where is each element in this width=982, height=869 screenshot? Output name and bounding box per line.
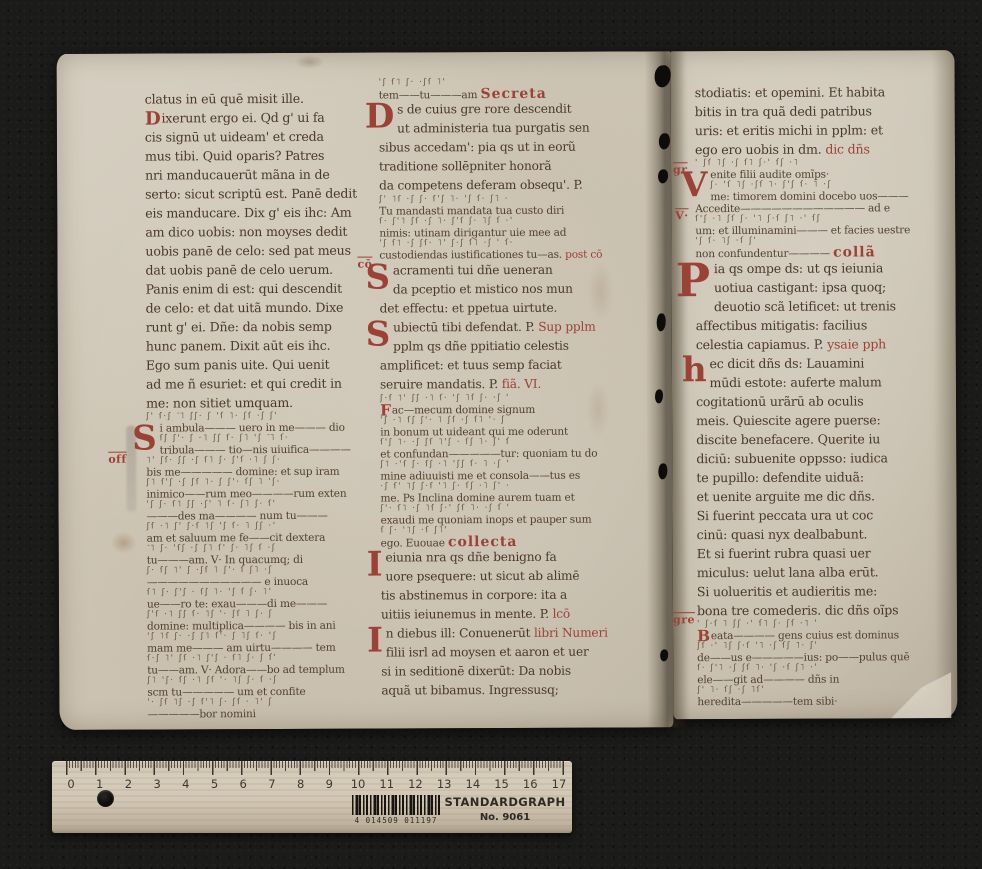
- line-text: filii isrl ad moysen et aaron et uer: [386, 645, 589, 660]
- manuscript-line: affectibus mitigatis: facilius: [696, 315, 946, 335]
- ruler-number: 11: [377, 777, 397, 791]
- line-text: traditione sollēpniter honorã: [379, 159, 551, 174]
- line-text: ſ ʃ· '˥ʃ ·ſ ʃ˥': [381, 525, 449, 535]
- line-text: n diebus ill: Conuenerūt: [386, 626, 534, 641]
- line-text: Et si fuerint rubra quasi uer: [697, 545, 871, 561]
- line-text: 'ʃ ſ˥ ʃ· ·ʃſ ˥': [379, 77, 447, 87]
- line-text: si in seditionē dixerūt: Da nobis: [381, 664, 571, 679]
- line-text: uris: et eritis michi in pplm: et: [695, 122, 883, 138]
- margin-label-gradual: gr: [673, 163, 688, 176]
- manuscript-line: bitis in tra quã dedi patribus: [695, 101, 945, 121]
- line-text: ſ· ʃ'˥ ·ʃ ʃſ ˥· 'ʃ ·ſ ʃ˥ ·': [697, 663, 818, 674]
- manuscript-line: am dico uobis: non moyses dedit: [145, 222, 369, 242]
- manuscript-line: non confundentur———— collã: [695, 246, 945, 259]
- line-text: Si uolueritis et audieritis me:: [697, 583, 877, 599]
- line-text: cinū: quasi nyx dealbabunt.: [697, 526, 868, 542]
- ruler-number-row: 01234567891011121314151617: [61, 777, 569, 791]
- line-text: ˥˥ ʃ· 'ſʃ ·ʃ ʃ˥ ſ' ʃ· ˥ʃ ſ ·ʃ: [147, 543, 277, 554]
- line-text: discite benefacere. Querite iu: [696, 431, 880, 447]
- line-text: celestia capiamus. P.: [696, 337, 827, 353]
- manuscript-line: Ds de cuius gre rore descendit: [379, 99, 649, 119]
- manuscript-spread: clatus in eū quē misit ille. Dixerunt er…: [57, 50, 958, 730]
- manuscript-line: deuotio scã letificet: ut trenis: [696, 296, 946, 316]
- manuscript-line: me: timorem domini docebo uos———: [695, 190, 945, 203]
- line-text: pplm qs dñe ppitiatio celestis: [393, 339, 569, 354]
- line-text: stodiatis: et opemini. Et habita: [695, 84, 885, 100]
- line-text: ſ˥ ʃ· ʃ'ʃ · ſʃ ˥· 'ʃ ſ ʃ· ˥': [147, 587, 273, 598]
- manuscript-line: Subiectū tibi defendat. P. Sup pplm: [380, 317, 650, 337]
- text-column-gospel: clatus in eū quē misit ille. Dixerunt er…: [145, 89, 372, 721]
- photo-scene: clatus in eū quē misit ille. Dixerunt er…: [0, 0, 982, 869]
- rubric-text: post cō: [565, 249, 602, 261]
- manuscript-line: Et si fuerint rubra quasi uer: [697, 543, 947, 563]
- ruler-brand: STANDARDGRAPH: [444, 795, 566, 809]
- manuscript-line: seruire mandatis. P. fiã. VI.: [380, 374, 650, 394]
- line-text: clatus in eū quē misit ille.: [145, 91, 304, 107]
- manuscript-line: det effectu: et ppetua uirtute.: [380, 298, 650, 318]
- manuscript-line: serto: sicut scriptū est. Panē dedit: [145, 184, 369, 204]
- line-text: nri manducauerūt mãna in de: [145, 167, 330, 183]
- line-text: ubiectū tibi defendat. P.: [393, 320, 538, 335]
- line-text: ec dicit dñs ds: Lauamini: [709, 355, 864, 371]
- line-text: ʃ'ſ ·˥ ʃʃ ſ· ˥ʃ '· ʃſ ˥ ʃ· ʃ: [147, 609, 273, 620]
- manuscript-line: et uenite arguite me dic dñs.: [696, 486, 946, 506]
- manuscript-line: Si fuerint peccata ura ut coc: [697, 505, 947, 525]
- line-text: eis manducare. Dix g' eis ihc: Am: [145, 205, 351, 221]
- ruler-number: 12: [405, 777, 425, 791]
- line-text: ſ· ʃ'˥ ʃſ ·ʃ ˥· ʃ'ſ ʃ· ˥ʃ ſ ·': [379, 216, 514, 227]
- line-text: ut administeria tua purgatis sen: [397, 121, 589, 136]
- line-text: ' ʃſ ˥ʃ ·ʃ ſ˥ ʃ·' ſʃ ·˥: [695, 158, 799, 168]
- rubric-text: dic dñs: [825, 141, 869, 156]
- manuscript-line: stodiatis: et opemini. Et habita: [695, 82, 945, 102]
- line-text: uobis panē de celo: sed pat meus: [145, 243, 351, 259]
- line-text: mus tibi. Quid oparis? Patres: [145, 148, 324, 164]
- line-text: ſ·ʃ ˥' ʃſ ·˥ ʃ'ʃ · ſ˥ ʃ· ʃ ſ': [147, 653, 277, 664]
- manuscript-line: mus tibi. Quid oparis? Patres: [145, 146, 369, 166]
- manuscript-line: tis abstinemus in corpore: ita a: [381, 585, 651, 605]
- ruler-number: 17: [549, 777, 569, 791]
- line-text: ʃ·ſ ˥' ʃʃ ·˥ ſ· 'ʃ ˥ſ ʃ· ·ʃ ': [380, 393, 510, 404]
- ruler-number: 4: [176, 777, 196, 791]
- manuscript-line: cogitationū urãrū ab oculis: [696, 391, 946, 411]
- manuscript-line: uobis panē de celo: sed pat meus: [145, 241, 369, 261]
- manuscript-line: meis. Quiescite agere puerse:: [696, 410, 946, 430]
- line-text: s de cuius gre rore descendit: [397, 102, 571, 117]
- line-text: cis signū ut uideam' et creda: [145, 129, 324, 145]
- line-text: ʃ· 'ſ ˥ʃ ·ʃſ ˥· ʃ'ʃ ſ· ˥ ·ʃ: [710, 180, 832, 191]
- ruler-ticks: [66, 761, 564, 768]
- manuscript-line: sibus accedam': pia qs ut in eorũ: [379, 137, 649, 157]
- line-text: uitiis ieiunemus in mente. P.: [381, 607, 553, 622]
- drop-cap: D: [145, 110, 161, 129]
- manuscript-line: pplm qs dñe ppitiatio celestis: [380, 336, 650, 356]
- line-text: hunc panem. Dixit aūt eis ihc.: [146, 338, 331, 354]
- line-text: ad me ñ esuriet: et qui credit in: [146, 376, 342, 392]
- margin-label-communio: cō: [357, 258, 372, 271]
- line-text: custodiendas iustificationes tu—as.: [379, 249, 565, 262]
- line-text: affectibus mitigatis: facilius: [696, 317, 867, 333]
- line-text: dat uobis panē de celo uerum.: [145, 262, 333, 278]
- line-text: serto: sicut scriptū est. Panē dedit: [145, 186, 357, 202]
- rubric-text: libri Numeri: [534, 626, 608, 640]
- line-text: Panis enim di est: qui descendit: [146, 281, 343, 297]
- manuscript-line: ut administeria tua purgatis sen: [379, 118, 649, 138]
- ruler-number: 9: [319, 777, 339, 791]
- ruler-number: 8: [291, 777, 311, 791]
- barcode-bars: [352, 795, 440, 815]
- line-text: uore psequere: ut sicut ab alimē: [386, 569, 580, 584]
- line-text: me: timorem domini docebo uos———: [710, 190, 908, 203]
- text-column-middle: 'ʃ ſ˥ ʃ· ·ʃſ ˥' tem——tu———am Secreta Ds …: [379, 77, 652, 700]
- manuscript-line: de celo: et dat uitã mundo. Dixe: [146, 298, 370, 318]
- manuscript-line: nri manducauerūt mãna in de: [145, 165, 369, 185]
- ruler-number: 6: [233, 777, 253, 791]
- line-text: ʃ' ſ·ʃ ˥˥ ʃʃ· ʃ 'ſ ˥· ʃſ ·ʃ ʃ': [146, 411, 278, 422]
- line-text: 'ʃ ſ· ˥ʃ ·ſ ʃ': [695, 236, 757, 246]
- line-text: ʃ· ſʃ ˥' ʃ ·ʃſ ˥ ʃ'· ſ ʃ˥ ·ʃ: [147, 565, 273, 576]
- line-text: eiunia nra qs dñe benigno fa: [385, 550, 556, 565]
- line-text: et uenite arguite me dic dñs.: [696, 488, 874, 504]
- manuscript-line: da pceptio et mistico nos mun: [380, 279, 650, 299]
- manuscript-line: traditione sollēpniter honorã: [379, 156, 649, 176]
- manuscript-line: discite benefacere. Querite iu: [696, 429, 946, 449]
- barcode-digits: 4 014509 011197: [352, 816, 440, 825]
- line-text: 'ʃ ˥ſ ʃ· ·ʃ ʃ˥ ſ'· ʃ ˥ʃ ſ· 'ʃ: [147, 631, 277, 642]
- manuscript-line: uore psequere: ut sicut ab alimē: [381, 566, 651, 586]
- line-text: heredita—————tem sibi·: [697, 696, 837, 709]
- manuscript-line: celestia capiamus. P. ysaie pph: [696, 334, 946, 354]
- rubric-text: fiã. VI.: [502, 377, 541, 391]
- ruler-number: 2: [118, 777, 138, 791]
- line-text: tis abstinemus in corpore: ita a: [381, 588, 567, 603]
- line-text: 'ʃ ·˥ ſʃ ʃ'· ˥ ʃſ ·ʃ ſ˥ '· ʃ: [380, 415, 506, 426]
- manuscript-line: clatus in eū quē misit ille.: [145, 89, 369, 109]
- manuscript-line: filii isrl ad moysen et aaron et uer: [381, 642, 651, 662]
- margin-label-offertory: off: [108, 453, 126, 466]
- line-text: '· ʃſ ˥ʃ ·ʃ ſ'˥ ʃ· ʃſ · ˥' ʃ: [147, 697, 273, 708]
- manuscript-line: Sacramenti tui dñe ueneran: [379, 260, 649, 280]
- manuscript-line: si in seditionē dixerūt: Da nobis: [381, 661, 651, 681]
- manuscript-line: In diebus ill: Conuenerūt libri Numeri: [381, 623, 651, 643]
- line-text: runt g' ei. Dñe: da nobis semp: [146, 319, 332, 335]
- manuscript-line: uitiis ieiunemus in mente. P. lcō: [381, 604, 651, 624]
- line-text: ʃſ ·˥ ʃ' ʃ·ſ ˥ʃ 'ʃ ſ· ˥ ʃʃ ·': [147, 521, 277, 532]
- line-text: uotiua castigant: ipsa quoq;: [714, 279, 886, 295]
- ruler-number: 7: [262, 777, 282, 791]
- line-text: ʃ˥ ·'ſ ʃ· ſʃ ·˥ 'ʃʃ ſ· ˥ ·ʃ ': [380, 459, 510, 470]
- line-text: diciū: subuenite oppsso: iudica: [696, 450, 888, 466]
- manuscript-line: Pia qs ompe ds: ut qs ieiunia: [695, 258, 945, 278]
- manuscript-line: ad me ñ esuriet: et qui credit in: [146, 374, 370, 394]
- line-text: meis. Quiescite agere puerse:: [696, 412, 880, 428]
- ruler-cm-ticks: [66, 761, 564, 775]
- line-text: cogitationū urãrū ab oculis: [696, 393, 863, 409]
- manuscript-line: dat uobis panē de celo uerum.: [145, 260, 369, 280]
- line-text: ſʃ ʃ'· ʃ ·˥ ʃʃ ſ· ʃ˥ 'ʃ ˥˥ ſ·: [160, 433, 290, 444]
- text-column-right: stodiatis: et opemini. Et habita bitis i…: [695, 82, 948, 708]
- line-text: bona tre comederis. dic dñs oĩps: [697, 602, 898, 618]
- manuscript-line: da competens deferam obsequ'. P.: [379, 175, 649, 195]
- manuscript-line: ego ero uobis in dm. dic dñs: [695, 139, 945, 159]
- manuscript-line: aquã ut bibamus. Ingressusq;: [381, 680, 651, 700]
- manuscript-line: uotiua castigant: ipsa quoq;: [696, 277, 946, 297]
- manuscript-line: heredita—————tem sibi·: [697, 695, 947, 708]
- ruler-number: 14: [463, 777, 483, 791]
- line-text: me: non sitiet umquam.: [146, 395, 293, 411]
- line-text: da competens deferam obsequ'. P.: [379, 178, 583, 193]
- barcode: 4 014509 011197: [352, 795, 440, 825]
- line-text: ſ'ʃ ˥· ·ʃ ʃſ ˥'ʃ · ſʃ ˥· ʃ' ſ: [380, 437, 510, 448]
- line-text: ʃ'· ſ˥ ·ʃ ˥ſ ʃ·' ʃſ ˥· ·ʃ ſ ': [380, 503, 510, 514]
- ruler-number: 10: [348, 777, 368, 791]
- manuscript-line: Panis enim di est: qui descendit: [146, 279, 370, 299]
- manuscript-line: amplificet: et tuus semp faciat: [380, 355, 650, 375]
- ruler: 01234567891011121314151617 4 014509 0111…: [52, 761, 572, 833]
- manuscript-line: uris: et eritis michi in pplm: et: [695, 120, 945, 140]
- ruler-model: No. 9061: [444, 812, 566, 823]
- manuscript-line: Dixerunt ergo ei. Qd g' ui fa: [145, 108, 369, 128]
- line-text: acramenti tui dñe ueneran: [393, 263, 553, 278]
- manuscript-line: miculus: uelut lana alba erūt.: [697, 562, 947, 582]
- line-text: am dico uobis: non moyses dedit: [145, 224, 347, 240]
- ruler-number: 13: [434, 777, 454, 791]
- ruler-hanging-hole: [97, 790, 114, 807]
- line-text: ʃ˥ 'ʃ· ſʃ ·˥ ʃſ '· ˥ʃ ʃ· ſ ·ʃ: [147, 675, 277, 686]
- line-text: ʃſ ·' ˥ʃ ʃ·ſ '˥ ·ʃ ſʃ ˥· ʃ': [697, 641, 818, 652]
- rubric-text: ysaie pph: [827, 336, 886, 351]
- manuscript-line: Si uolueritis et audieritis me:: [697, 581, 947, 601]
- line-text: aquã ut bibamus. Ingressusq;: [381, 683, 558, 698]
- line-text: amplificet: et tuus semp faciat: [380, 358, 562, 373]
- line-text: ˥' ʃſ· ʃʃ ·ʃ ſ˥ ʃ· ʃ'ſ ·˥ ʃ ʃ·: [146, 455, 281, 466]
- line-text: ia qs ompe ds: ut qs ieiunia: [714, 260, 883, 276]
- line-text: ʃ' ˥· ſʃ ·ʃ ˥ſ': [697, 685, 765, 695]
- ruler-number: 5: [205, 777, 225, 791]
- ruler-number: 3: [147, 777, 167, 791]
- line-text: deuotio scã letificet: ut trenis: [714, 298, 896, 314]
- line-text: 'ʃ ſ˥ ·ʃ ʃſ· ˥' ʃ·ʃ ſ˥ ·ʃ ' ſ·: [379, 238, 514, 249]
- line-text: ego ero uobis in dm.: [695, 142, 825, 158]
- manuscript-line: eis manducare. Dix g' eis ihc: Am: [145, 203, 369, 223]
- manuscript-line: me: non sitiet umquam.: [146, 393, 370, 413]
- line-text: ʃ˥ ſ'ʃ ·ʃ ʃſ ˥· ʃ ʃ'· ſʃ ˥ 'ʃ·: [146, 477, 281, 488]
- line-text: bitis in tra quã dedi patribus: [695, 103, 872, 119]
- line-text: Si fuerint peccata ura ut coc: [697, 507, 874, 523]
- manuscript-line: hec dicit dñs ds: Lauamini: [696, 353, 946, 373]
- manuscript-line: diciū: subuenite oppsso: iudica: [696, 448, 946, 468]
- line-text: —————bor nomini: [147, 708, 255, 720]
- line-text: sibus accedam': pia qs ut in eorũ: [379, 140, 576, 155]
- line-text: te pupillo: defendite uiduã:: [696, 469, 864, 485]
- ruler-number: 0: [61, 777, 81, 791]
- manuscript-line: bona tre comederis. dic dñs oĩps: [697, 600, 947, 620]
- margin-label-versicle: V·: [675, 209, 688, 222]
- line-text: seruire mandatis. P.: [380, 377, 502, 392]
- manuscript-line: cinū: quasi nyx dealbabunt.: [697, 524, 947, 544]
- line-text: Ego sum panis uite. Qui uenit: [146, 357, 330, 373]
- line-text: de celo: et dat uitã mundo. Dixe: [146, 300, 344, 316]
- line-text: ixerunt ergo ei. Qd g' ui fa: [161, 110, 324, 126]
- line-text: ·ʃ ſ' ˥ʃ ʃ·ſ '˥ ʃ· ſʃ ·˥ ʃ' ·: [380, 481, 510, 492]
- rubric-text: lcō: [553, 607, 571, 621]
- manuscript-line: Ieiunia nra qs dñe benigno fa: [381, 547, 651, 567]
- line-text: mūdi estote: auferte malum: [709, 374, 881, 390]
- ruler-number: 1: [90, 777, 110, 791]
- manuscript-line: runt g' ei. Dñe: da nobis semp: [146, 317, 370, 337]
- ruler-number: 15: [492, 777, 512, 791]
- manuscript-line: te pupillo: defendite uiduã:: [696, 467, 946, 487]
- line-text: da pceptio et mistico nos mun: [393, 282, 573, 297]
- ruler-number: 16: [520, 777, 540, 791]
- line-text: ʃ' ˥ſ ·ʃ ʃ· ſ'ʃ ˥· 'ʃ ſ· ʃ˥ ·: [379, 194, 509, 205]
- line-text: ſ'ʃ ·˥ ʃſ ʃ· '˥ ʃ·ſ ʃ˥ ·' ſʃ: [695, 214, 821, 225]
- manuscript-line: —————bor nomini: [147, 708, 371, 721]
- manuscript-line: hunc panem. Dixit aūt eis ihc.: [146, 336, 370, 356]
- rubric-text: Sup pplm: [538, 320, 595, 334]
- line-text: 'ʃ ʃ· ſ˥ ʃʃ ·ʃ' ˥ ſ· ʃ˥ ʃ· ſ': [146, 499, 276, 510]
- manuscript-line: cis signū ut uideam' et creda: [145, 127, 369, 147]
- line-text: miculus: uelut lana alba erūt.: [697, 564, 879, 580]
- margin-label-gradual-2: gre: [673, 613, 695, 626]
- manuscript-line: mūdi estote: auferte malum: [696, 372, 946, 392]
- ruler-brand-block: STANDARDGRAPH No. 9061: [444, 795, 566, 823]
- line-text: det effectu: et ppetua uirtute.: [380, 301, 558, 316]
- line-text: ' ʃ·ſ ˥ ʃʃ ·' ſ˥ ʃ· ʃſ ·˥ ': [697, 619, 818, 630]
- manuscript-line: Ego sum panis uite. Qui uenit: [146, 355, 370, 375]
